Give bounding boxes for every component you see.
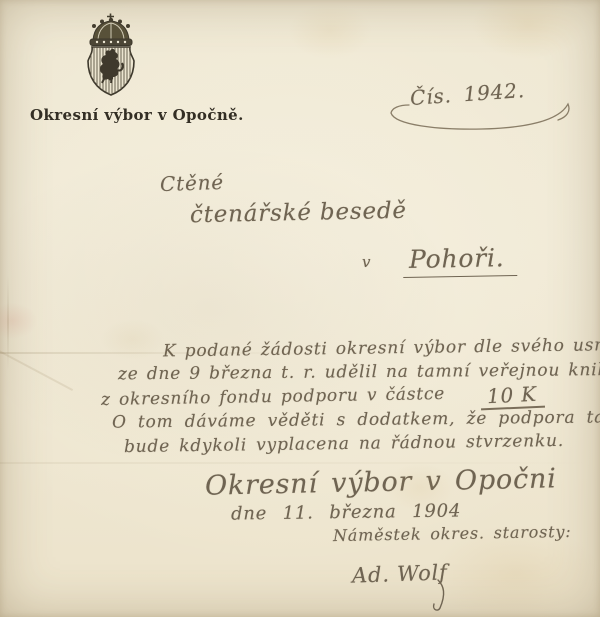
flourish-underline-icon [387, 99, 579, 133]
closing-org-line: Okresní výbor v Opočni [205, 463, 557, 501]
paper-crease [0, 347, 73, 391]
closing-date-line: dne 11. března 1904 [231, 500, 461, 524]
document-page: Okresní výbor v Opočně. Čís. 1942. Ctěné… [0, 0, 600, 617]
signer-title: Náměstek okres. starosty: [333, 522, 572, 545]
coat-of-arms-icon [80, 13, 142, 97]
body-line-5: bude kdykoli vyplacena na řádnou stvrzen… [124, 431, 564, 457]
body-line-3: z okresního fondu podporu v částce [101, 384, 445, 410]
address-place: Pohoři. [403, 243, 517, 278]
grant-amount: 10 K [486, 382, 537, 409]
signature-flourish-icon [430, 578, 470, 612]
address-recipient: čtenářské besedě [190, 198, 407, 229]
paper-crease [7, 275, 9, 370]
body-line-1: K podané žádosti okresní výbor dle svého… [163, 335, 600, 362]
body-line-4: O tom dáváme věděti s dodatkem, že podpo… [112, 407, 600, 432]
address-preposition: v [362, 253, 371, 271]
letterhead-org-name: Okresní výbor v Opočně. [30, 106, 244, 124]
address-salutation: Ctěné [160, 170, 225, 196]
body-line-2: ze dne 9 března t. r. udělil na tamní ve… [118, 360, 600, 385]
